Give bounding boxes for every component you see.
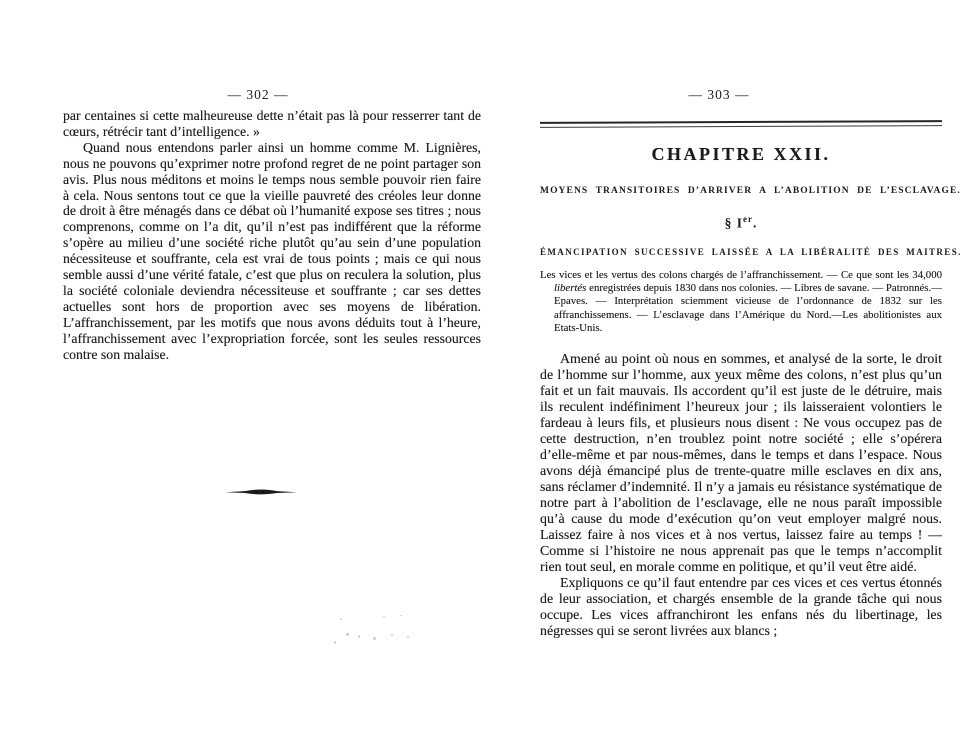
section-divider-ornament (225, 488, 297, 496)
chapter-summary: Les vices et les vertus des colons charg… (540, 269, 942, 336)
left-page: — 302 — par centaines si cette malheureu… (63, 88, 481, 363)
section-number: § Ier. (540, 214, 942, 232)
right-page: — 303 — CHAPITRE XXII. MOYENS TRANSITOIR… (540, 88, 942, 640)
section-number-roman: § I (725, 216, 743, 231)
summary-text: enregistrées depuis 1830 dans nos coloni… (554, 282, 942, 334)
section-number-period: . (753, 216, 757, 231)
section-title: ÉMANCIPATION SUCCESSIVE LAISSÉE A LA LIB… (540, 247, 942, 257)
paragraph: Quand nous entendons parler ainsi un hom… (63, 140, 481, 363)
left-page-text: par centaines si cette malheureuse dette… (63, 108, 481, 363)
paragraph: Amené au point où nous en sommes, et ana… (540, 352, 942, 576)
paragraph: Expliquons ce qu’il faut entendre par ce… (540, 576, 942, 640)
right-page-number: — 303 — (518, 88, 920, 102)
left-page-number: — 302 — (49, 88, 467, 102)
chapter-head-rule (540, 120, 942, 128)
summary-italic-word: libertés (554, 282, 586, 294)
section-number-ordinal: er (743, 214, 753, 224)
right-page-text: Amené au point où nous en sommes, et ana… (540, 352, 942, 640)
chapter-title: CHAPITRE XXII. (540, 144, 942, 165)
paragraph-continuation: par centaines si cette malheureuse dette… (63, 108, 481, 140)
chapter-subtitle: MOYENS TRANSITOIRES D’ARRIVER A L’ABOLIT… (540, 186, 942, 196)
summary-text: Les vices et les vertus des colons charg… (540, 269, 942, 281)
